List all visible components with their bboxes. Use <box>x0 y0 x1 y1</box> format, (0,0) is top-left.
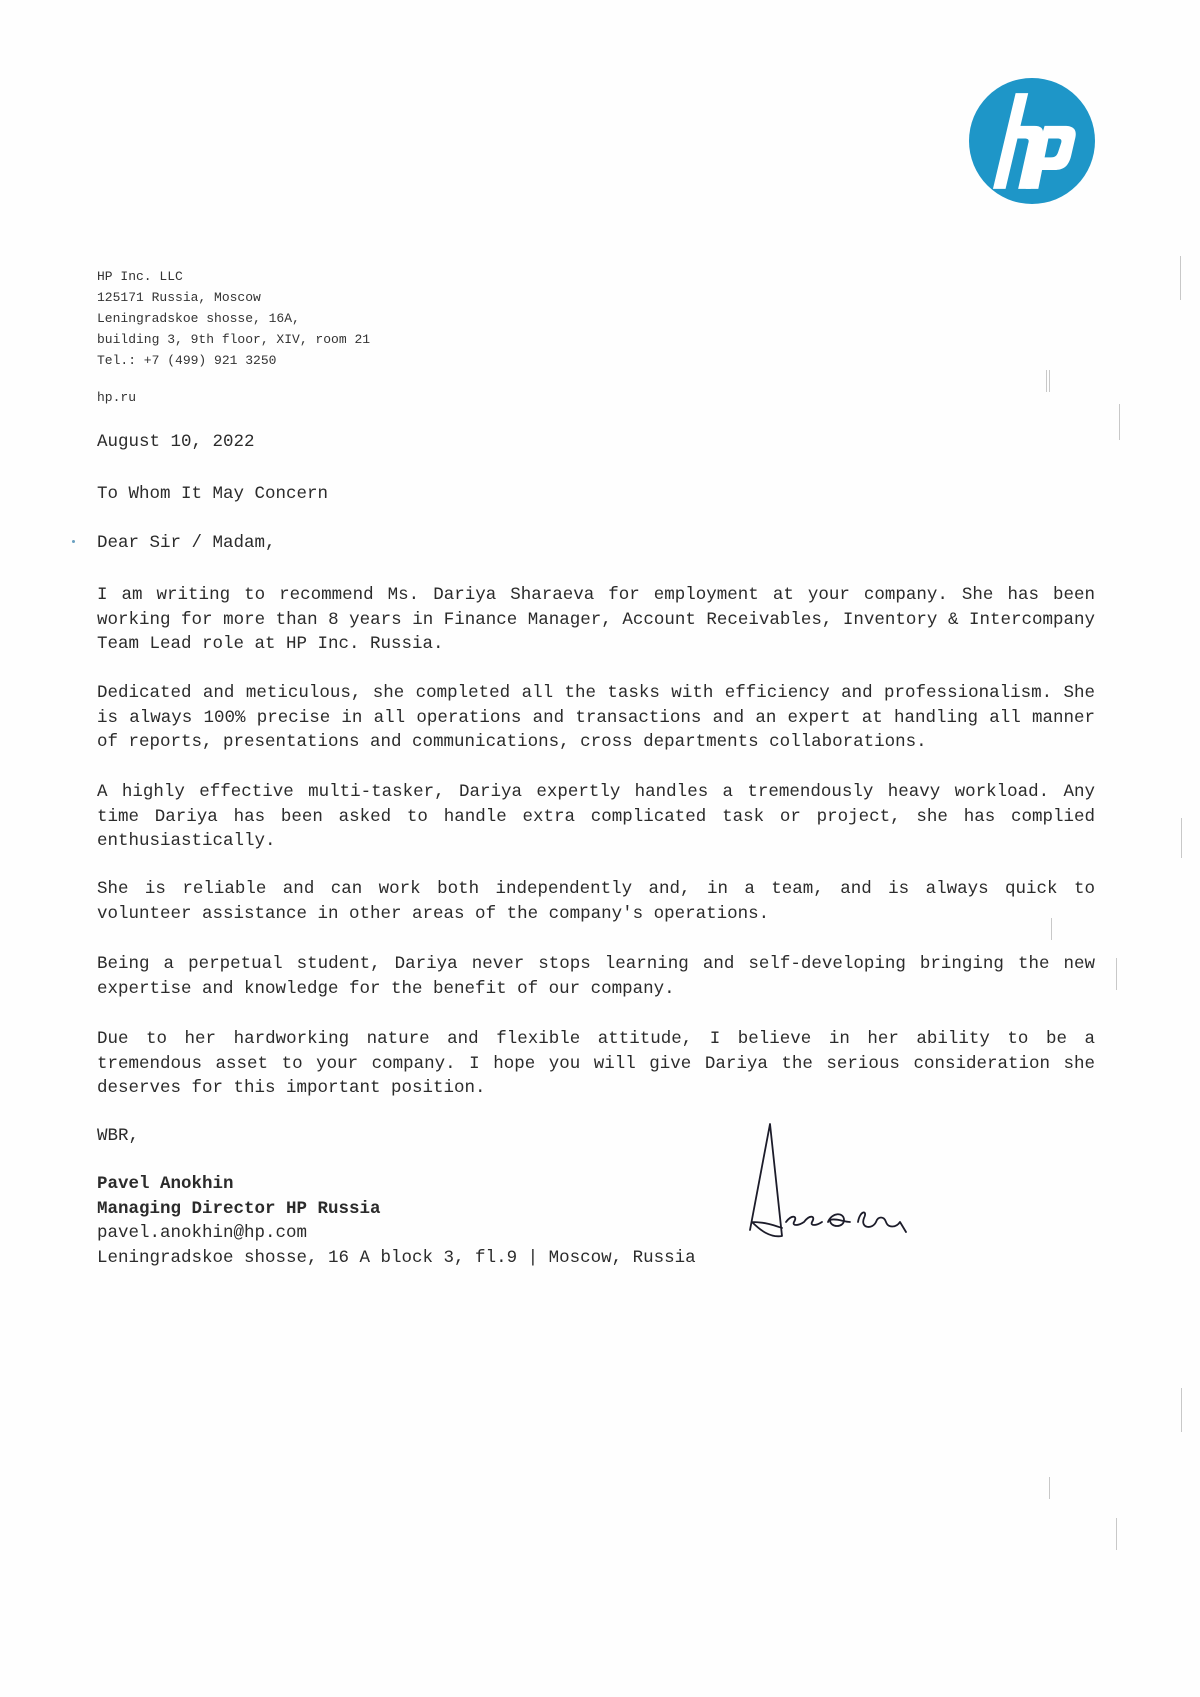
signatory-title: Managing Director HP Russia <box>97 1197 696 1222</box>
handwritten-signature-icon <box>740 1118 940 1246</box>
signatory-email: pavel.anokhin@hp.com <box>97 1221 696 1246</box>
scan-artifact <box>1046 370 1047 392</box>
letter-salutation: Dear Sir / Madam, <box>97 533 276 553</box>
scan-artifact <box>1181 818 1182 858</box>
scan-artifact <box>1119 404 1120 440</box>
letter-date: August 10, 2022 <box>97 432 255 452</box>
paragraph-dedication: Dedicated and meticulous, she completed … <box>97 681 1095 755</box>
sender-building: building 3, 9th floor, XIV, room 21 <box>97 329 370 350</box>
sender-phone: Tel.: +7 (499) 921 3250 <box>97 350 370 371</box>
paragraph-reliability: She is reliable and can work both indepe… <box>97 877 1095 926</box>
hp-logo-icon <box>969 78 1095 204</box>
signatory-address: Leningradskoe shosse, 16 A block 3, fl.9… <box>97 1246 696 1271</box>
scan-artifact <box>1051 918 1052 940</box>
scan-artifact <box>1116 1518 1117 1550</box>
letter-closing: WBR, <box>97 1126 139 1146</box>
scan-dot <box>72 540 75 543</box>
scan-artifact <box>1049 370 1050 392</box>
signature-block: Pavel Anokhin Managing Director HP Russi… <box>97 1172 696 1270</box>
sender-street: Leningradskoe shosse, 16A, <box>97 308 370 329</box>
sender-website: hp.ru <box>97 390 136 405</box>
scan-artifact <box>1049 1477 1050 1499</box>
letter-recipient: To Whom It May Concern <box>97 484 328 504</box>
sender-company: HP Inc. LLC <box>97 266 370 287</box>
scan-artifact <box>1181 1388 1182 1432</box>
scan-artifact <box>1116 958 1117 990</box>
scan-artifact <box>1180 256 1181 300</box>
sender-address: HP Inc. LLC 125171 Russia, Moscow Lening… <box>97 266 370 371</box>
paragraph-learning: Being a perpetual student, Dariya never … <box>97 952 1095 1001</box>
paragraph-conclusion: Due to her hardworking nature and flexib… <box>97 1027 1095 1101</box>
paragraph-introduction: I am writing to recommend Ms. Dariya Sha… <box>97 583 1095 657</box>
signatory-name: Pavel Anokhin <box>97 1172 696 1197</box>
sender-city: 125171 Russia, Moscow <box>97 287 370 308</box>
letter-page: HP Inc. LLC 125171 Russia, Moscow Lening… <box>0 0 1200 1697</box>
paragraph-multitasking: A highly effective multi-tasker, Dariya … <box>97 780 1095 854</box>
